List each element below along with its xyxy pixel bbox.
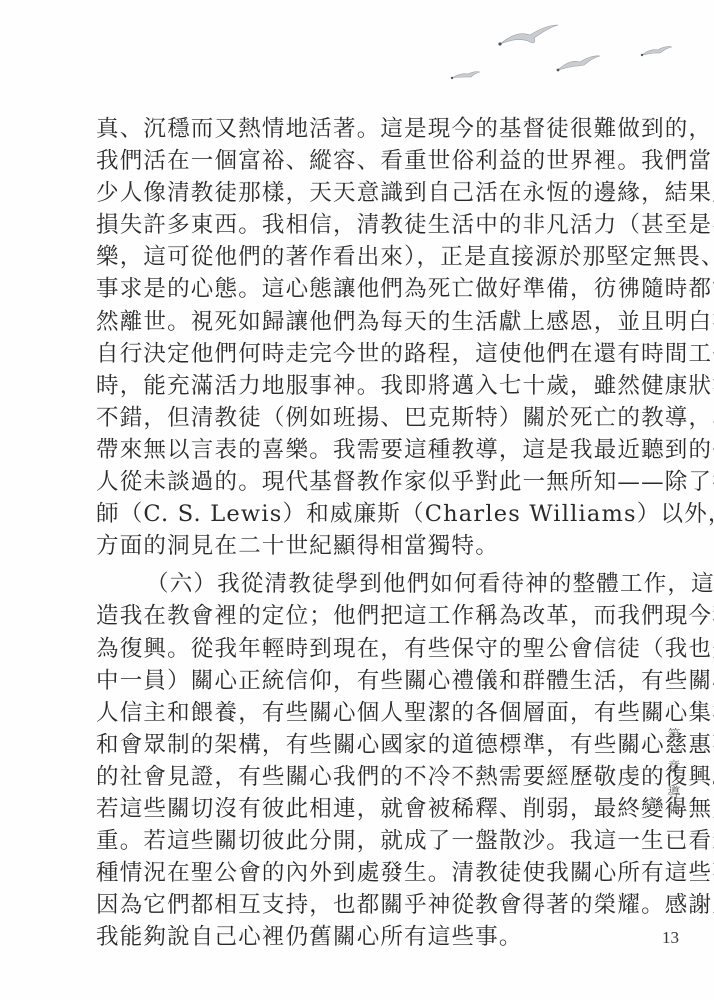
chapter-label-char: 第 (664, 728, 684, 744)
seagulls-illustration-icon (440, 10, 710, 90)
text-line: 不錯，但清教徒（例如班揚、巴克斯特）關於死亡的教導，為我 (96, 402, 624, 434)
text-line: 樂，這可從他們的著作看出來），正是直接源於那堅定無畏、實 (96, 241, 624, 273)
text-line: 師（C. S. Lewis）和威廉斯（Charles Williams）以外，他… (96, 498, 624, 530)
text-line: 種情況在聖公會的內外到處發生。清教徒使我關心所有這些事， (96, 857, 624, 889)
text-line: 我能夠說自己心裡仍舊關心所有這些事。 (96, 921, 624, 953)
text-line: 中一員）關心正統信仰，有些關心禮儀和群體生活，有些關心個 (96, 665, 624, 697)
text-line: 帶來無以言表的喜樂。我需要這種教導，這是我最近聽到的傳道 (96, 434, 624, 466)
text-line: 人信主和餵養，有些關心個人聖潔的各個層面，有些關心集權制 (96, 697, 624, 729)
text-line: 方面的洞見在二十世紀顯得相當獨特。 (96, 530, 624, 562)
label-gap (664, 776, 684, 786)
paragraph-2: （六）我從清教徒學到他們如何看待神的整體工作，這塑 造我在教會裡的定位；他們把這… (96, 568, 624, 953)
text-line: 我們活在一個富裕、縱容、看重世俗利益的世界裡。我們當中很 (96, 145, 624, 177)
chapter-title-char: 導 (664, 786, 684, 802)
text-line: 的社會見證，有些關心我們的不冷不熱需要經歷敬虔的復興。但 (96, 761, 624, 793)
text-line: 自行決定他們何時走完今世的路程，這使他們在還有時間工作 (96, 338, 624, 370)
text-line: 和會眾制的架構，有些關心國家的道德標準，有些關心慈惠事工 (96, 729, 624, 761)
text-line: 真、沉穩而又熱情地活著。這是現今的基督徒很難做到的，因為 (96, 113, 624, 145)
text-line: 若這些關切沒有彼此相連，就會被稀釋、削弱，最終變得無足輕 (96, 793, 624, 825)
text-line: 重。若這些關切彼此分開，就成了一盤散沙。我這一生已看過這 (96, 825, 624, 857)
text-line: 為復興。從我年輕時到現在，有些保守的聖公會信徒（我也是其 (96, 633, 624, 665)
chapter-side-label: 第 一 章 導 論 (664, 728, 684, 818)
paragraph-1: 真、沉穩而又熱情地活著。這是現今的基督徒很難做到的，因為 我們活在一個富裕、縱容… (96, 113, 624, 562)
text-line: 造我在教會裡的定位；他們把這工作稱為改革，而我們現今稱之 (96, 600, 624, 632)
text-line: 損失許多東西。我相信，清教徒生活中的非凡活力（甚至是喜 (96, 209, 624, 241)
text-line: 時，能充滿活力地服事神。我即將邁入七十歲，雖然健康狀況還 (96, 370, 624, 402)
text-line: 因為它們都相互支持，也都關乎神從教會得著的榮耀。感謝主， (96, 889, 624, 921)
body-text: 真、沉穩而又熱情地活著。這是現今的基督徒很難做到的，因為 我們活在一個富裕、縱容… (96, 113, 624, 953)
chapter-label-char: 一 (664, 744, 684, 760)
chapter-label-char: 章 (664, 760, 684, 776)
text-line: （六）我從清教徒學到他們如何看待神的整體工作，這塑 (96, 568, 624, 600)
page-number: 13 (662, 928, 679, 948)
text-line: 事求是的心態。這心態讓他們為死亡做好準備，彷彿隨時都能安 (96, 273, 624, 305)
chapter-title-char: 論 (664, 802, 684, 818)
text-line: 人從未談過的。現代基督教作家似乎對此一無所知——除了魯益 (96, 466, 624, 498)
text-line: 少人像清教徒那樣，天天意識到自己活在永恆的邊緣，結果反而 (96, 177, 624, 209)
text-line: 然離世。視死如歸讓他們為每天的生活獻上感恩，並且明白神會 (96, 306, 624, 338)
book-page: 真、沉穩而又熱情地活著。這是現今的基督徒很難做到的，因為 我們活在一個富裕、縱容… (0, 0, 714, 1000)
